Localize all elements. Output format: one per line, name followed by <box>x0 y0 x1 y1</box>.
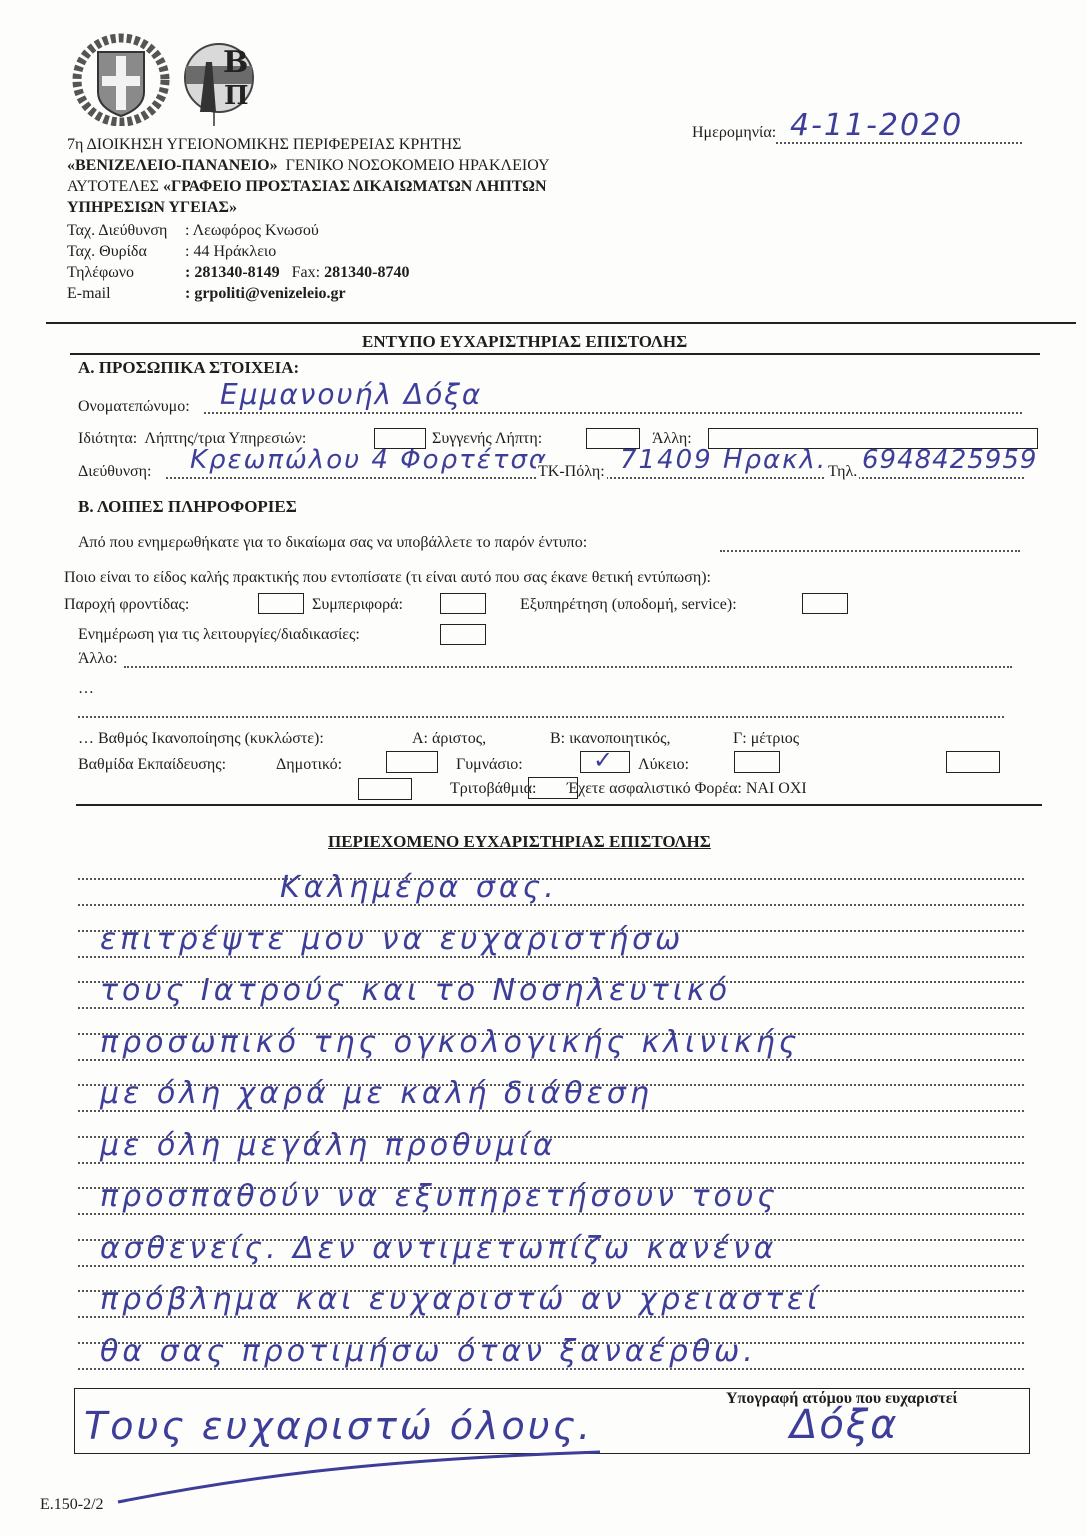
contact-address: Ταχ. Διεύθυνση: Λεωφόρος Κνωσού <box>67 222 319 240</box>
education-lyceum-checkbox[interactable] <box>734 751 780 773</box>
hospital-name: «ΒΕΝΙΖΕΛΕΙΟ-ΠΑΝΑΝΕΙΟ» <box>67 157 278 174</box>
svg-text:Π: Π <box>224 81 249 111</box>
section-b-heading: Β. ΛΟΙΠΕΣ ΠΛΗΡΟΦΟΡΙΕΣ <box>78 497 297 517</box>
informed-answer-line[interactable] <box>720 536 1020 552</box>
office-prefix: ΑΥΤΟΤΕΛΕΣ <box>67 178 159 195</box>
title-divider <box>70 353 1040 355</box>
other-practice-line[interactable] <box>124 652 1012 668</box>
satisfaction-label: … Βαθμός Ικανοποίησης (κυκλώστε): <box>78 730 324 748</box>
date-field[interactable]: 4-11-2020 <box>790 108 963 143</box>
postcode-city-field[interactable]: 71409 Ηρακλ. <box>620 445 827 475</box>
hospital-logo: B Π <box>178 32 260 128</box>
org-line-4: ΥΠΗΡΕΣΙΩΝ ΥΓΕΙΑΣ» <box>67 199 237 217</box>
contact-phone: Τηλέφωνο: 281340-8149 Fax: 281340-8740 <box>67 264 409 282</box>
insurance-yes[interactable]: ΝΑΙ <box>746 780 774 797</box>
hospital-type: ΓΕΝΙΚΟ ΝΟΣΟΚΟΜΕΙΟ ΗΡΑΚΛΕΙΟΥ <box>286 157 550 174</box>
practice-service-label: Εξυπηρέτηση (υποδομή, service): <box>520 596 737 614</box>
postcode-city-label: ΤΚ-Πόλη: <box>536 463 607 481</box>
greek-state-emblem-logo <box>72 30 170 126</box>
form-title: ΕΝΤΥΠΟ ΕΥΧΑΡΙΣΤΗΡΙΑΣ ΕΠΙΣΤΟΛΗΣ <box>362 332 687 352</box>
letter-line[interactable]: τους Ιατρούς και το Νοσηλευτικό <box>100 973 731 1008</box>
education-extra-checkbox[interactable] <box>946 751 1000 773</box>
letter-line[interactable]: με όλη χαρά με καλή διάθεση <box>100 1076 653 1111</box>
education-primary-checkbox[interactable] <box>386 751 438 773</box>
education-lyceum-label: Λύκειο: <box>638 756 689 774</box>
date-label: Ημερομηνία: <box>692 124 776 142</box>
letter-line[interactable]: ασθενείς. Δεν αντιμετωπίζω κανένα <box>100 1231 778 1266</box>
practice-service-checkbox[interactable] <box>802 593 848 614</box>
practice-behavior-label: Συμπεριφορά: <box>312 596 403 614</box>
letter-line[interactable]: πρόβλημα και ευχαριστώ αν χρειαστεί <box>100 1282 821 1317</box>
address-label: Διεύθυνση: <box>78 463 152 481</box>
letter-line[interactable]: θα σας προτιμήσω όταν ξαναέρθω. <box>100 1334 757 1369</box>
section-a-heading: Α. ΠΡΟΣΩΠΙΚΑ ΣΤΟΙΧΕΙΑ: <box>78 358 299 378</box>
org-line-2: «ΒΕΝΙΖΕΛΕΙΟ-ΠΑΝΑΝΕΙΟ» ΓΕΝΙΚΟ ΝΟΣΟΚΟΜΕΙΟ … <box>67 157 550 175</box>
svg-text:B: B <box>223 45 248 80</box>
insurance-label: Έχετε ασφαλιστικό Φορέα: ΝΑΙ ΟΧΙ <box>567 780 807 798</box>
other-practice-ellipsis: … <box>78 680 94 698</box>
practice-care-label: Παροχή φροντίδας: <box>64 596 189 614</box>
org-line-3: ΑΥΤΟΤΕΛΕΣ «ΓΡΑΦΕΙΟ ΠΡΟΣΤΑΣΙΑΣ ΔΙΚΑΙΩΜΑΤΩ… <box>67 178 547 196</box>
other-practice-label: Άλλο: <box>78 650 118 668</box>
other-practice-line-2[interactable] <box>78 702 1004 718</box>
letter-line[interactable]: Καλημέρα σας. <box>280 870 558 905</box>
education-primary-label: Δημοτικό: <box>276 756 342 774</box>
insurance-no[interactable]: ΟΧΙ <box>778 780 806 797</box>
phone-field[interactable]: 6948425959 <box>862 445 1037 475</box>
education-label: Βαθμίδα Εκπαίδευσης: <box>78 756 226 774</box>
education-gymnasium-checkbox[interactable]: ✓ <box>580 751 630 773</box>
practice-behavior-checkbox[interactable] <box>440 593 486 614</box>
section-b-divider <box>76 804 1042 806</box>
informed-question: Από που ενημερωθήκατε για το δικαίωμα σα… <box>78 534 587 552</box>
form-code: Ε.150-2/2 <box>40 1496 104 1514</box>
address-field[interactable]: Κρεωπώλου 4 Φορτέτσα <box>190 445 548 475</box>
letter-line[interactable]: προσωπικό της ογκολογικής κλινικής <box>100 1025 800 1060</box>
education-tertiary-checkbox[interactable] <box>358 778 412 800</box>
letter-line[interactable]: με όλη μεγάλη προθυμία <box>100 1128 557 1163</box>
header-divider <box>46 322 1076 324</box>
practice-care-checkbox[interactable] <box>258 593 304 614</box>
satisfaction-option-c[interactable]: Γ: μέτριος <box>733 730 799 748</box>
education-gymnasium-label: Γυμνάσιο: <box>456 756 523 774</box>
name-field[interactable]: Εμμανουήλ Δόξα <box>220 378 482 411</box>
letter-line[interactable]: προσπαθούν να εξυπηρετήσουν τους <box>100 1179 779 1214</box>
name-label: Ονοματεπώνυμο: <box>78 398 190 416</box>
signature-flourish <box>110 1440 610 1510</box>
practice-info-checkbox[interactable] <box>440 624 486 645</box>
check-mark-icon: ✓ <box>593 746 615 774</box>
practice-question: Ποιο είναι το είδος καλής πρακτικής που … <box>64 569 711 587</box>
signature-field[interactable]: Δόξα <box>790 1402 899 1448</box>
office-name: «ΓΡΑΦΕΙΟ ΠΡΟΣΤΑΣΙΑΣ ΔΙΚΑΙΩΜΑΤΩΝ ΛΗΠΤΩΝ <box>163 178 547 195</box>
contact-email: E-mail: grpoliti@venizeleio.gr <box>67 285 346 303</box>
satisfaction-option-a[interactable]: Α: άριστος, <box>412 730 486 748</box>
org-line-1: 7η ΔΙΟΙΚΗΣΗ ΥΓΕΙΟΝΟΜΙΚΗΣ ΠΕΡΙΦΕΡΕΙΑΣ ΚΡΗ… <box>67 136 461 154</box>
education-tertiary-label: Τριτοβάθμια: <box>450 780 536 798</box>
letter-line[interactable]: επιτρέψτε μου να ευχαριστήσω <box>100 922 684 957</box>
practice-info-label: Ενημέρωση για τις λειτουργίες/διαδικασίε… <box>78 626 360 644</box>
content-heading: ΠΕΡΙΕΧΟΜΕΝΟ ΕΥΧΑΡΙΣΤΗΡΙΑΣ ΕΠΙΣΤΟΛΗΣ <box>328 832 711 852</box>
phone-label: Τηλ. <box>826 463 859 481</box>
contact-pobox: Ταχ. Θυρίδα: 44 Ηράκλειο <box>67 243 276 261</box>
